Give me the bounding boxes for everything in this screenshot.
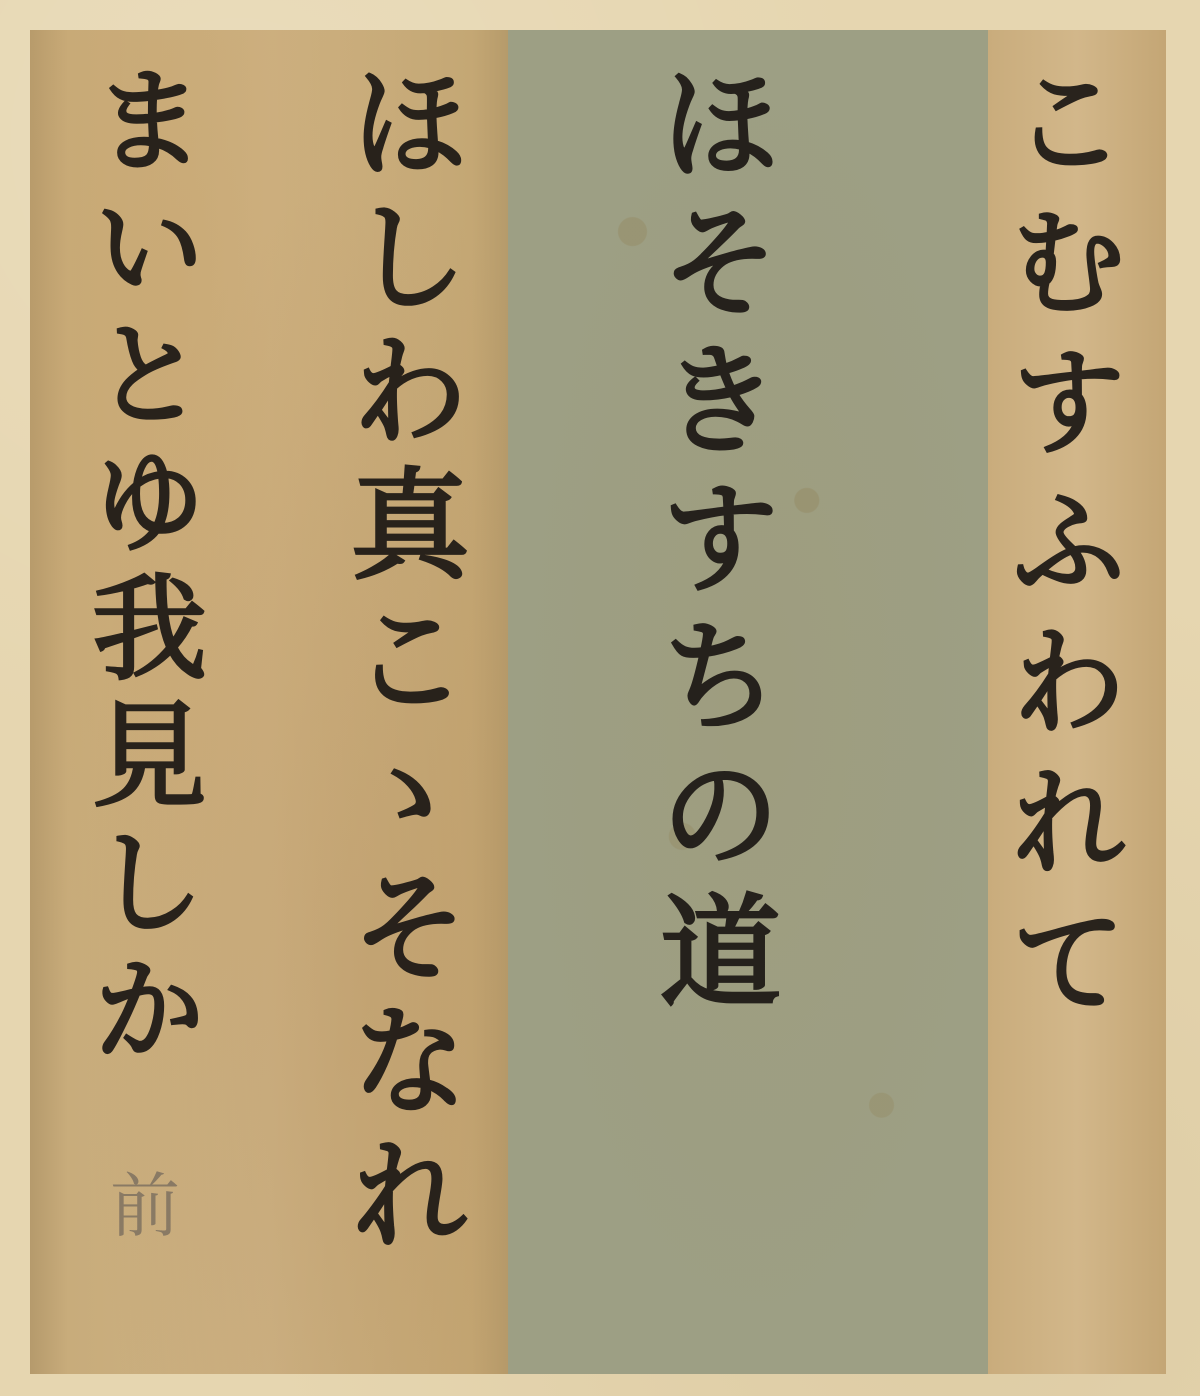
calligraphy-column-middle: ほそきすちの道 bbox=[650, 60, 772, 1026]
calligraphy-column-right: こむすふわれて bbox=[1000, 60, 1118, 1040]
calligraphy-column-left-a: ほしわ真こゝそなれ bbox=[340, 60, 460, 1266]
faint-seal-mark: 前 bbox=[110, 1150, 180, 1251]
calligraphy-column-left-b: まいとゆ我見しか bbox=[82, 60, 197, 1076]
